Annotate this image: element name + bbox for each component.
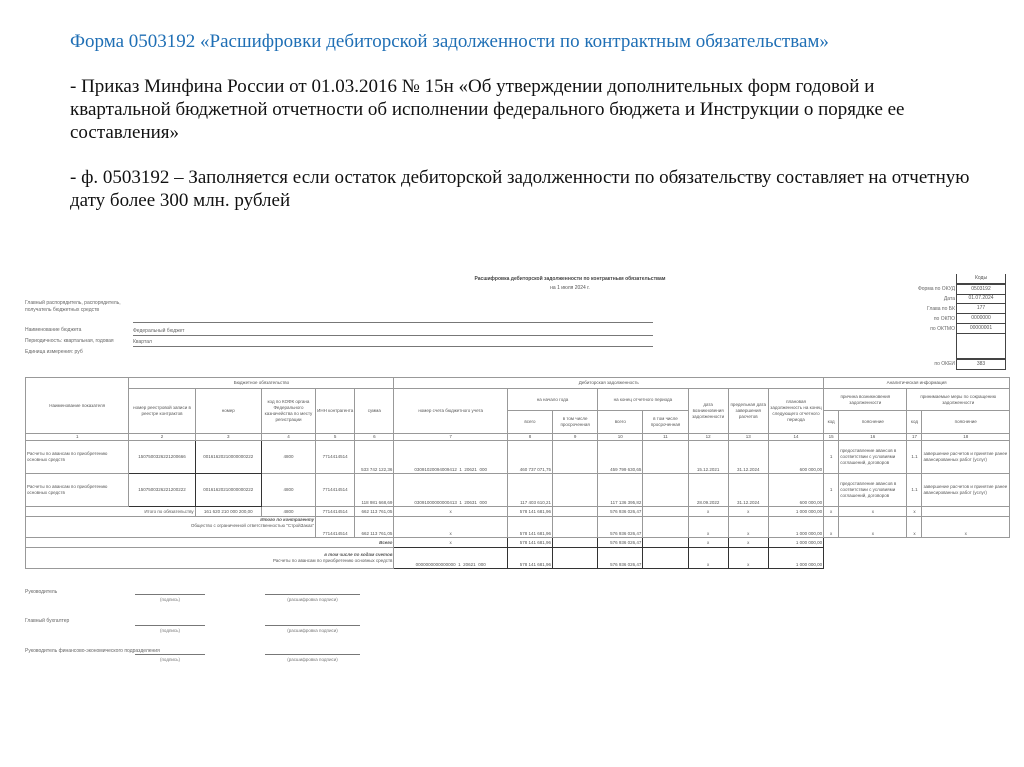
total-obligation-label: Итого по обязательству: [26, 507, 196, 517]
meta-value-budget: Федеральный бюджет: [133, 328, 184, 334]
grand-total-plan: 1 000 000,00: [768, 538, 823, 548]
contractor-inn: 7714414514: [316, 517, 355, 538]
row-end-overdue: [643, 441, 688, 474]
meta-label-periodicity: Периодичность: квартальная, годовая: [25, 338, 114, 345]
row-number: 00161620210000000222: [195, 474, 261, 507]
empty-cell: [553, 548, 598, 569]
header-reason: причина возникновения задолженности: [824, 389, 907, 411]
contractor-c18: x: [922, 517, 1010, 538]
empty-cell: [553, 517, 598, 538]
signature-line: [135, 625, 205, 626]
contractor-c16: x: [839, 517, 907, 538]
signature-name-caption: (расшифровка подписи): [265, 597, 360, 602]
row-inn: 7714414514: [316, 441, 355, 474]
total-obligation-start: 578 141 681,96: [507, 507, 552, 517]
signature-name-caption: (расшифровка подписи): [265, 657, 360, 662]
row-reason: предоставление авансов в соответствии с …: [839, 441, 907, 474]
signature-line: [135, 654, 205, 655]
meta-label-manager: Главный распорядитель, распорядитель, по…: [25, 300, 125, 314]
row-start-overdue: [553, 474, 598, 507]
header-reg-number: номер реестровой записи в реестре контра…: [129, 389, 195, 434]
debt-table: Наименование показателя Бюджетное обязат…: [25, 377, 1010, 569]
row-inn: 7714414514: [316, 474, 355, 507]
total-contractor-row: Итого по контрагенту Общество с ограниче…: [26, 517, 1010, 538]
col-num: 2: [129, 434, 195, 441]
col-num: 17: [907, 434, 922, 441]
code-okpo: 0000000: [956, 314, 1006, 324]
by-account-start: 578 141 681,96: [507, 548, 552, 569]
code-label-okpo: по ОКПО: [934, 316, 955, 322]
row-sum: 118 981 668,69: [355, 474, 394, 507]
row-reg-number: 1507500326221200666: [129, 441, 195, 474]
total-obligation-row: Итого по обязательству 161 620 210 000 2…: [26, 507, 1010, 517]
row-number: 00161620210000000222: [195, 441, 261, 474]
contractor-c15: x: [824, 517, 839, 538]
total-contractor-label: Итого по контрагенту Общество с ограниче…: [26, 517, 316, 538]
col-num: 8: [507, 434, 552, 441]
code-label-okud: Форма по ОКУД: [918, 286, 955, 292]
header-budget-obligation: Бюджетное обязательство: [129, 378, 394, 389]
col-num: 18: [922, 434, 1010, 441]
header-end-period: на конец отчетного периода: [598, 389, 688, 411]
header-sum: сумма: [355, 389, 394, 434]
header-measure-code: код: [907, 411, 922, 434]
code-empty: [956, 334, 1006, 359]
contractor-date-occ: x: [688, 517, 728, 538]
code-oktmo: 00000001: [956, 324, 1006, 334]
header-measure-expl: пояснение: [922, 411, 1010, 434]
total-obligation-c17: x: [907, 507, 922, 517]
code-label-date: Дата: [944, 296, 955, 302]
form-date: на 1 июля 2024 г.: [525, 285, 615, 291]
empty-cell: [643, 507, 688, 517]
grand-total-date-occ: x: [688, 538, 728, 548]
by-account-date-occ: x: [688, 548, 728, 569]
row-reason: предоставление авансов в соответствии с …: [839, 474, 907, 507]
row-end-total: 117 136 395,82: [598, 474, 643, 507]
header-name: Наименование показателя: [26, 378, 129, 434]
empty-cell: [643, 538, 688, 548]
filling-note: - ф. 0503192 – Заполняется если остаток …: [70, 166, 970, 212]
col-num: 13: [728, 434, 768, 441]
code-label-oktmo: по ОКТМО: [930, 326, 955, 332]
codes-header: Коды: [956, 274, 1006, 284]
by-account-label: в том числе по кодам счетов Расчеты по а…: [26, 548, 394, 569]
by-account-row: в том числе по кодам счетов Расчеты по а…: [26, 548, 1010, 569]
col-num: 4: [261, 434, 315, 441]
header-start-year: на начало года: [507, 389, 597, 411]
row-account: 03091000000000413 1 20631 000: [394, 474, 507, 507]
meta-value-periodicity: Квартал: [133, 339, 152, 345]
row-reason-code: 1: [824, 474, 839, 507]
column-numbers-row: 1 2 3 4 5 6 7 8 9 10 11 12 13 14 15 16 1…: [26, 434, 1010, 441]
signature-name-line: [265, 625, 360, 626]
contractor-account: x: [394, 517, 507, 538]
grand-total-end: 576 936 026,47: [598, 538, 643, 548]
meta-line-budget: [133, 335, 653, 336]
row-measure: завершение расчетов и принятие ранее ава…: [922, 474, 1010, 507]
row-kofk: 4800: [261, 474, 315, 507]
grand-total-start: 578 141 681,96: [507, 538, 552, 548]
row-measure-code: 1.1: [907, 441, 922, 474]
empty-cell: [824, 548, 1010, 569]
total-obligation-sum: 662 113 761,05: [355, 507, 394, 517]
by-account-name: Расчеты по авансам по приобретению основ…: [273, 558, 392, 563]
grand-total-row: Всего x 578 141 681,96 576 936 026,47 x …: [26, 538, 1010, 548]
grand-total-label: Всего: [26, 538, 394, 548]
header-measures: принимаемые меры по сокращению задолженн…: [907, 389, 1010, 411]
header-end-total: всего: [598, 411, 643, 434]
empty-cell: [643, 517, 688, 538]
col-num: 12: [688, 434, 728, 441]
row-measure: завершение расчетов и принятие ранее ава…: [922, 441, 1010, 474]
header-account: номер счета бюджетного учета: [394, 389, 507, 434]
signature-name-line: [265, 654, 360, 655]
meta-line-manager: [133, 322, 653, 323]
col-num: 14: [768, 434, 823, 441]
col-num: 9: [553, 434, 598, 441]
row-date-term: 31.12.2024: [728, 441, 768, 474]
row-start-total: 460 737 071,75: [507, 441, 552, 474]
signature-name-line: [265, 594, 360, 595]
code-label-glava: Глава по БК: [927, 306, 955, 312]
contractor-start: 578 141 681,96: [507, 517, 552, 538]
row-measure-code: 1.1: [907, 474, 922, 507]
header-start-overdue: в том числе просроченная: [553, 411, 598, 434]
header-end-overdue: в том числе просроченная: [643, 411, 688, 434]
intro-text: Форма 0503192 «Расшифровки дебиторской з…: [70, 30, 970, 234]
header-planned: плановая задолженность на конец следующе…: [768, 389, 823, 434]
form-description-title: Форма 0503192 «Расшифровки дебиторской з…: [70, 30, 970, 53]
code-date: 01.07.2024: [956, 294, 1006, 304]
row-reason-code: 1: [824, 441, 839, 474]
total-obligation-account: x: [394, 507, 507, 517]
row-reg-number: 1507500326221200222: [129, 474, 195, 507]
row-name: Расчеты по авансам по приобретению основ…: [26, 441, 129, 474]
header-reason-expl: пояснение: [839, 411, 907, 434]
meta-label-unit: Единица измерения: руб: [25, 349, 83, 356]
by-account-account: 0000000000000000 1 20621 000: [394, 548, 507, 569]
meta-line-periodicity: [133, 346, 653, 347]
col-num: 10: [598, 434, 643, 441]
col-num: 1: [26, 434, 129, 441]
row-end-overdue: [643, 474, 688, 507]
row-name: Расчеты по авансам по приобретению основ…: [26, 474, 129, 507]
header-reason-code: код: [824, 411, 839, 434]
form-title: Расшифровка дебиторской задолженности по…: [425, 276, 715, 282]
total-obligation-date-term: x: [728, 507, 768, 517]
contractor-name: Общество с ограниченной ответственностью…: [191, 523, 314, 528]
contractor-sum: 662 113 761,05: [355, 517, 394, 538]
empty-cell: [643, 548, 688, 569]
row-end-total: 459 799 630,65: [598, 441, 643, 474]
signature-caption: (подпись): [135, 628, 205, 633]
contractor-plan: 1 000 000,00: [768, 517, 823, 538]
form-0503192-image: Расшифровка дебиторской задолженности по…: [25, 268, 1010, 688]
row-account: 03091020094009412 1 20621 000: [394, 441, 507, 474]
col-num: 3: [195, 434, 261, 441]
header-kofk: код по КОФК органа Федерального казначей…: [261, 389, 315, 434]
total-obligation-date-occ: x: [688, 507, 728, 517]
signature-caption: (подпись): [135, 597, 205, 602]
row-start-total: 117 403 610,21: [507, 474, 552, 507]
row-start-overdue: [553, 441, 598, 474]
row-kofk: 4800: [261, 441, 315, 474]
row-planned: 600 000,00: [768, 474, 823, 507]
total-obligation-end: 576 936 026,47: [598, 507, 643, 517]
total-obligation-plan: 1 000 000,00: [768, 507, 823, 517]
col-num: 5: [316, 434, 355, 441]
total-obligation-number: 161 620 210 000 200,00: [195, 507, 261, 517]
header-date-term: предельная дата завершения расчетов: [728, 389, 768, 434]
empty-cell: [922, 507, 1010, 517]
signature-name-caption: (расшифровка подписи): [265, 628, 360, 633]
row-planned: 600 000,00: [768, 441, 823, 474]
by-account-plan: 1 000 000,00: [768, 548, 823, 569]
header-start-total: всего: [507, 411, 552, 434]
total-obligation-c15: x: [824, 507, 839, 517]
table-row: Расчеты по авансам по приобретению основ…: [26, 474, 1010, 507]
col-num: 16: [839, 434, 907, 441]
col-num: 6: [355, 434, 394, 441]
signature-role-accountant: Главный бухгалтер: [25, 618, 69, 624]
code-glava: 177: [956, 304, 1006, 314]
contractor-date-term: x: [728, 517, 768, 538]
col-num: 11: [643, 434, 688, 441]
total-obligation-c16: x: [839, 507, 907, 517]
contractor-end: 576 936 026,47: [598, 517, 643, 538]
row-sum: 533 742 122,36: [355, 441, 394, 474]
header-date-occurrence: дата возникновения задолженности: [688, 389, 728, 434]
total-obligation-inn: 7714414514: [316, 507, 355, 517]
col-num: 15: [824, 434, 839, 441]
empty-cell: [553, 507, 598, 517]
row-date-term: 31.12.2024: [728, 474, 768, 507]
by-account-end: 576 936 026,47: [598, 548, 643, 569]
order-reference: - Приказ Минфина России от 01.03.2016 № …: [70, 75, 970, 144]
by-account-date-term: x: [728, 548, 768, 569]
table-row: Расчеты по авансам по приобретению основ…: [26, 441, 1010, 474]
row-date-occurrence: 15.12.2021: [688, 441, 728, 474]
meta-label-budget: Наименование бюджета: [25, 327, 81, 334]
signature-role-head: Руководитель: [25, 589, 57, 595]
empty-cell: [553, 538, 598, 548]
signature-caption: (подпись): [135, 657, 205, 662]
header-receivables: Дебиторская задолженность: [394, 378, 824, 389]
grand-total-account: x: [394, 538, 507, 548]
header-inn: ИНН контрагента: [316, 389, 355, 434]
header-analytics: Аналитическая информация: [824, 378, 1010, 389]
grand-total-date-term: x: [728, 538, 768, 548]
total-obligation-kofk: 4800: [261, 507, 315, 517]
empty-cell: [824, 538, 1010, 548]
header-number: номер: [195, 389, 261, 434]
contractor-c17: x: [907, 517, 922, 538]
row-date-occurrence: 28.09.2022: [688, 474, 728, 507]
code-label-okei: по ОКЕИ: [934, 361, 955, 367]
signature-line: [135, 594, 205, 595]
col-num: 7: [394, 434, 507, 441]
code-okei: 383: [956, 359, 1006, 370]
